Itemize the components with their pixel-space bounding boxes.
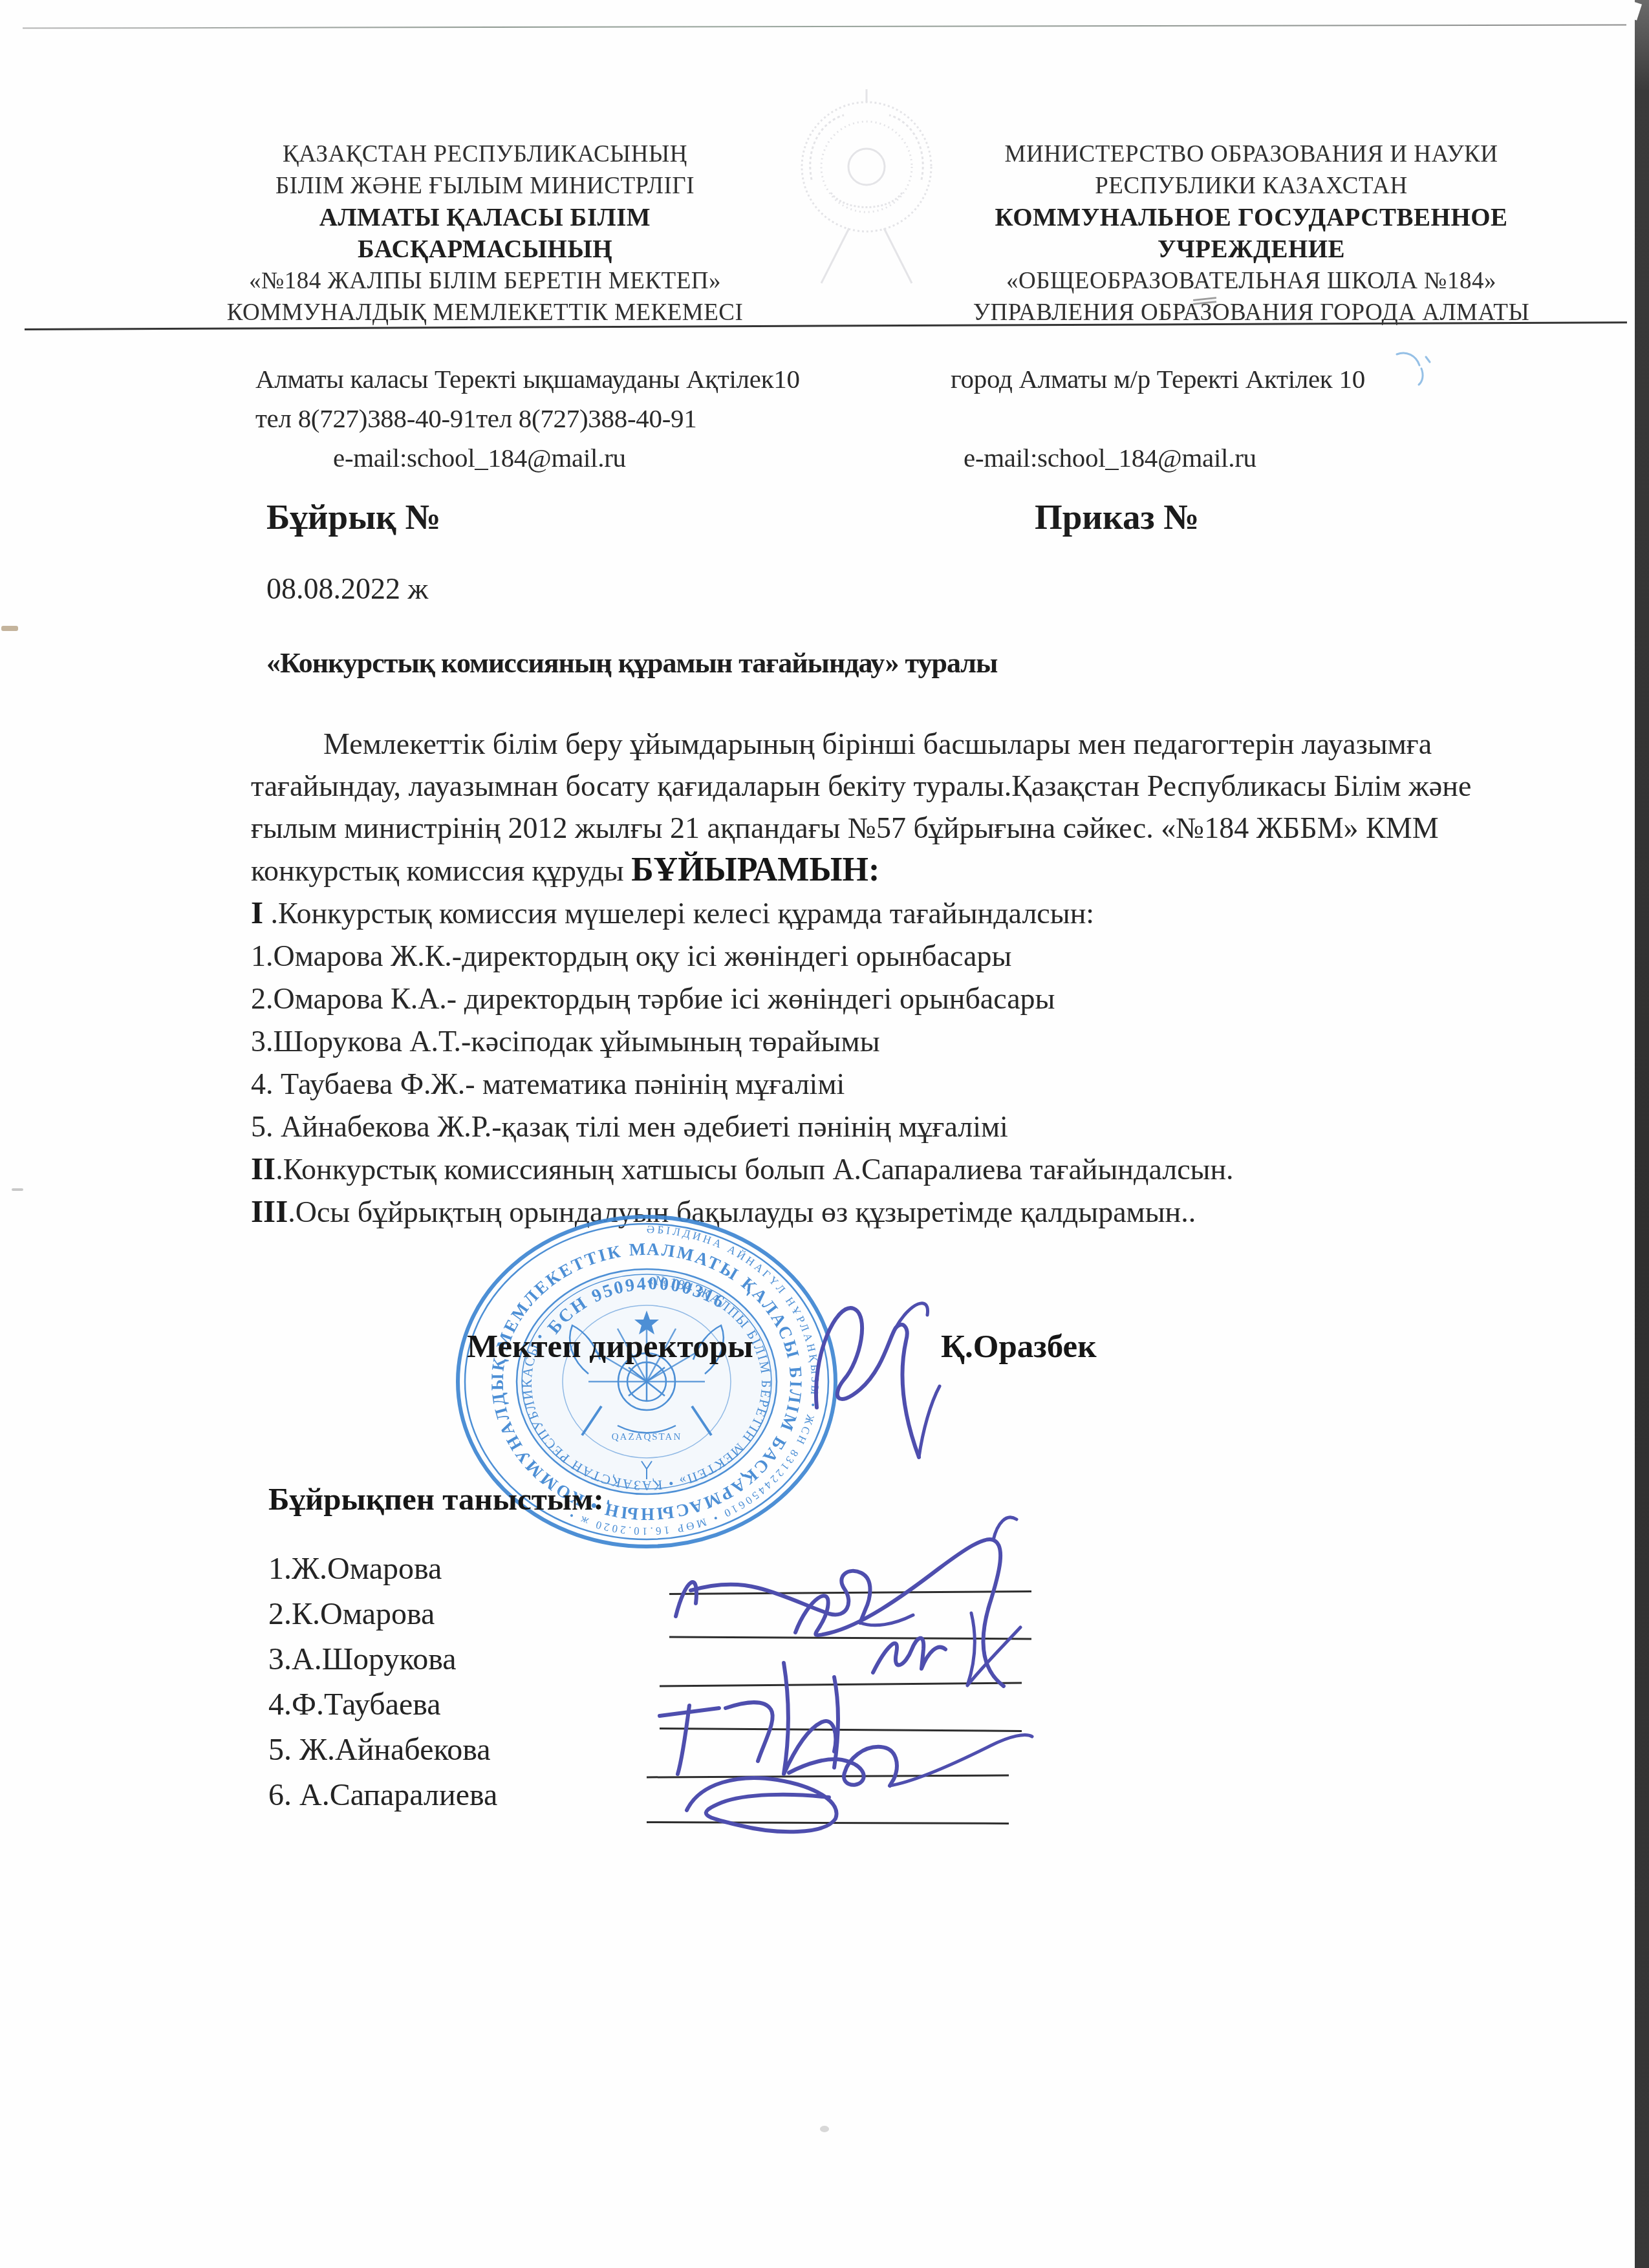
director-name: Қ.Оразбек [941, 1328, 1097, 1365]
order-item: 3.Шорукова А.Т.-кәсіподак ұйымының төрай… [251, 1020, 1480, 1062]
item-prefix: III [251, 1193, 288, 1229]
email-line: e-mail:school_184@mail.ru [255, 438, 967, 478]
acknowledgement-title: Бұйрықпен таныстым: [268, 1481, 604, 1517]
contact-block-right: город Алматы м/р Теректі Актілек 10 e-ma… [951, 359, 1597, 478]
scan-artifact-top-line [23, 24, 1626, 28]
order-item: III.Осы бұйрықтың орындалуын бақылауды ө… [251, 1190, 1480, 1233]
address-line: Алматы каласы Теректі ықшамауданы Ақтіле… [255, 359, 967, 399]
blue-ink-smudge [1390, 349, 1436, 388]
scanned-order-page: ҚАЗАҚСТАН РЕСПУБЛИКАСЫНЫҢ БІЛІМ ЖӘНЕ ҒЫЛ… [0, 0, 1649, 2268]
header-line: РЕСПУБЛИКИ КАЗАХСТАН [918, 170, 1584, 202]
header-line: ҚАЗАҚСТАН РЕСПУБЛИКАСЫНЫҢ [213, 138, 757, 170]
header-line: МИНИСТЕРСТВО ОБРАЗОВАНИЯ И НАУКИ [918, 138, 1584, 170]
header-line: КОММУНАЛДЫҚ МЕМЛЕКЕТТІК МЕКЕМЕСІ [213, 297, 757, 328]
decree-word: БҰЙЫРАМЫН: [631, 851, 879, 888]
acknowledgement-list: 1.Ж.Омарова 2.К.Омарова 3.А.Шорукова 4.Ф… [268, 1546, 497, 1818]
header-left-kk: ҚАЗАҚСТАН РЕСПУБЛИКАСЫНЫҢ БІЛІМ ЖӘНЕ ҒЫЛ… [213, 138, 757, 328]
header-line-bold: КОММУНАЛЬНОЕ ГОСУДАРСТВЕННОЕ УЧРЕЖДЕНИЕ [918, 202, 1584, 265]
signee-name: 3.А.Шорукова [268, 1637, 497, 1682]
order-item: 2.Омарова К.А.- директордың тәрбие ісі ж… [251, 977, 1480, 1020]
signee-name: 4.Ф.Таубаева [268, 1682, 497, 1728]
order-title-ru: Приказ № [1035, 497, 1200, 537]
item-text: 1.Омарова Ж.К.-директордың оқу ісі жөнін… [251, 939, 1011, 972]
address-line: город Алматы м/р Теректі Актілек 10 [951, 359, 1597, 399]
header-line-bold: АЛМАТЫ ҚАЛАСЫ БІЛІМ БАСҚАРМАСЫНЫҢ [213, 202, 757, 265]
item-text: 5. Айнабекова Ж.Р.-қазақ тілі мен әдебие… [251, 1110, 1008, 1143]
scan-artifact-corner-notch [1612, 0, 1642, 21]
item-prefix: I [251, 895, 263, 930]
header-right-ru: МИНИСТЕРСТВО ОБРАЗОВАНИЯ И НАУКИ РЕСПУБЛ… [918, 138, 1584, 328]
scan-artifact-right-edge [1635, 0, 1649, 2268]
order-item: 4. Таубаева Ф.Ж.- математика пәнінің мұғ… [251, 1062, 1480, 1105]
signee-signature-6 [660, 1757, 873, 1841]
scan-speck [12, 1188, 23, 1191]
phone-line: тел 8(727)388-40-91тел 8(727)388-40-91 [255, 399, 967, 438]
order-item: II.Конкурстық комиссияның хатшысы болып … [251, 1148, 1480, 1190]
order-date: 08.08.2022 ж [266, 572, 428, 606]
order-item: 1.Омарова Ж.К.-директордың оқу ісі жөнін… [251, 934, 1480, 977]
item-text: .Конкурстық комиссияның хатшысы болып А.… [275, 1153, 1233, 1186]
item-text: .Конкурстық комиссия мүшелері келесі құр… [263, 897, 1094, 930]
stamp-center-label: QAZAQSTAN [612, 1432, 682, 1442]
header-line: БІЛІМ ЖӘНЕ ҒЫЛЫМ МИНИСТРЛІГІ [213, 170, 757, 202]
signee-name: 6. А.Сапаралиева [268, 1773, 497, 1818]
order-item: I .Конкурстық комиссия мүшелері келесі қ… [251, 892, 1480, 934]
order-title-kk: Бұйрық № [266, 497, 441, 537]
order-item: 5. Айнабекова Ж.Р.-қазақ тілі мен әдебие… [251, 1105, 1480, 1148]
order-paragraph: Мемлекеттік білім беру ұйымдарының бірін… [251, 723, 1480, 892]
director-signature [799, 1275, 947, 1462]
email-line: e-mail:school_184@mail.ru [951, 438, 1597, 478]
contact-block-left: Алматы каласы Теректі ықшамауданы Ақтіле… [255, 359, 967, 478]
director-label: Мектеп директоры [467, 1328, 753, 1365]
item-prefix: II [251, 1151, 275, 1186]
scan-speck [820, 2126, 829, 2132]
item-text: 3.Шорукова А.Т.-кәсіподак ұйымының төрай… [251, 1025, 880, 1058]
signee-name: 1.Ж.Омарова [268, 1546, 497, 1592]
item-text: 4. Таубаева Ф.Ж.- математика пәнінің мұғ… [251, 1067, 845, 1100]
order-body: Мемлекеттік білім беру ұйымдарының бірін… [251, 723, 1480, 1233]
signee-name: 5. Ж.Айнабекова [268, 1728, 497, 1773]
signee-name: 2.К.Омарова [268, 1592, 497, 1637]
scan-speck [1, 626, 18, 631]
header-line: «№184 ЖАЛПЫ БІЛІМ БЕРЕТІН МЕКТЕП» [213, 265, 757, 297]
order-subject: «Конкурстық комиссияның құрамын тағайынд… [266, 647, 997, 679]
item-text: 2.Омарова К.А.- директордың тәрбие ісі ж… [251, 982, 1055, 1015]
header-line: «ОБЩЕОБРАЗОВАТЕЛЬНАЯ ШКОЛА №184» [918, 265, 1584, 297]
spacer [951, 399, 1597, 438]
